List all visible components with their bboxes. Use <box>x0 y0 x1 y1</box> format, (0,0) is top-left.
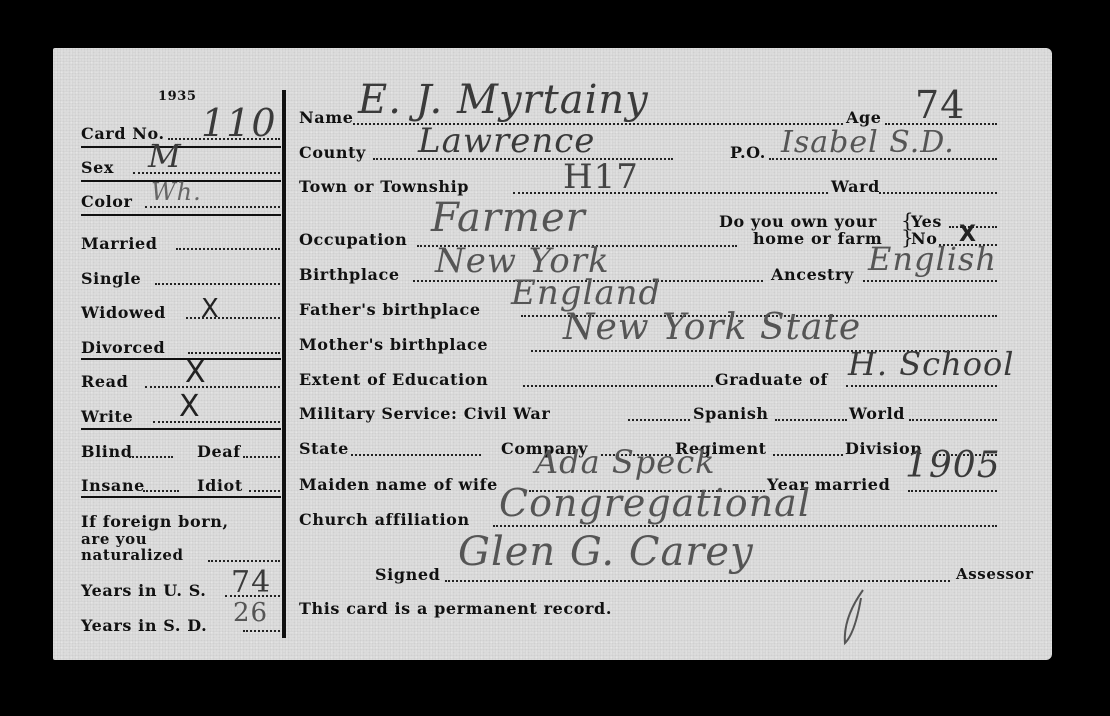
widowed-value: X <box>201 296 220 322</box>
age-label: Age <box>846 110 882 126</box>
year-married-value: 1905 <box>905 448 1001 484</box>
single-label: Single <box>81 271 141 287</box>
years-sd-line <box>243 630 280 632</box>
church-value: Congregational <box>499 484 811 522</box>
years-sd-label: Years in S. D. <box>81 618 207 634</box>
spanish-line <box>775 419 847 421</box>
name-value: E. J. Myrtainy <box>358 80 649 120</box>
divider <box>81 496 281 498</box>
mother-birthplace-label: Mother's birthplace <box>299 337 488 353</box>
widowed-label: Widowed <box>81 305 166 321</box>
education-label: Extent of Education <box>299 372 488 388</box>
naturalized-label-1: If foreign born, <box>81 514 229 530</box>
divider <box>81 358 281 360</box>
divorced-label: Divorced <box>81 340 165 356</box>
single-line <box>155 283 280 285</box>
town-line <box>513 192 828 194</box>
own-yes-label: Yes <box>911 214 942 230</box>
write-line <box>153 421 280 423</box>
blind-label: Blind <box>81 444 133 460</box>
married-label: Married <box>81 236 158 252</box>
world-line <box>909 419 997 421</box>
name-label: Name <box>299 110 354 126</box>
deaf-line <box>243 456 280 458</box>
po-label: P.O. <box>730 145 766 161</box>
ancestry-value: English <box>868 243 997 275</box>
graduate-of-label: Graduate of <box>715 372 828 388</box>
column-divider <box>282 90 286 638</box>
insane-label: Insane <box>81 478 145 494</box>
signature-flourish <box>833 588 873 648</box>
education-line <box>523 385 713 387</box>
father-birthplace-value: England <box>511 276 661 310</box>
color-value: Wh. <box>151 180 202 204</box>
spanish-label: Spanish <box>693 406 769 422</box>
town-label: Town or Township <box>299 179 469 195</box>
divider <box>81 428 281 430</box>
divorced-line <box>188 352 280 354</box>
years-sd-value: 26 <box>233 600 268 626</box>
age-value: 74 <box>915 86 965 124</box>
card-year: 1935 <box>158 90 197 103</box>
idiot-line <box>249 490 280 492</box>
naturalized-line <box>208 560 280 562</box>
county-value: Lawrence <box>418 124 595 158</box>
county-label: County <box>299 145 366 161</box>
regiment-line <box>773 454 843 456</box>
census-card: 1935 Card No. 110 Sex M Color Wh. Marrie… <box>53 48 1052 660</box>
military-label: Military Service: Civil War <box>299 406 550 422</box>
sex-label: Sex <box>81 160 114 176</box>
blind-line <box>129 456 173 458</box>
ancestry-line <box>863 280 997 282</box>
married-line <box>176 248 280 250</box>
state-label: State <box>299 441 349 457</box>
divider <box>81 214 281 216</box>
po-value: Isabel S.D. <box>781 128 955 158</box>
town-value: H17 <box>563 160 639 194</box>
state-line <box>351 454 481 456</box>
permanent-record-note: This card is a permanent record. <box>299 601 612 617</box>
read-value: X <box>185 358 207 388</box>
read-line <box>145 386 280 388</box>
naturalized-label-2: are you <box>81 532 147 547</box>
church-line <box>493 525 997 527</box>
card-no-value: 110 <box>201 104 277 142</box>
own-home-label-2: home or farm <box>753 231 882 247</box>
write-value: X <box>179 392 201 422</box>
ward-line <box>879 192 997 194</box>
graduate-of-line <box>846 385 997 387</box>
color-line <box>145 206 280 208</box>
mother-birthplace-value: New York State <box>563 310 861 346</box>
civil-war-line <box>628 419 690 421</box>
read-label: Read <box>81 374 128 390</box>
write-label: Write <box>81 409 133 425</box>
years-us-value: 74 <box>231 568 271 598</box>
maiden-name-value: Ada Speck <box>535 446 716 478</box>
world-label: World <box>849 406 905 422</box>
naturalized-label-3: naturalized <box>81 548 184 563</box>
year-married-line <box>908 490 997 492</box>
graduate-of-value: H. School <box>848 348 1014 380</box>
ancestry-label: Ancestry <box>771 267 854 283</box>
church-label: Church affiliation <box>299 512 470 528</box>
signed-label: Signed <box>375 567 440 583</box>
birthplace-label: Birthplace <box>299 267 400 283</box>
color-label: Color <box>81 194 133 210</box>
years-us-label: Years in U. S. <box>81 583 206 599</box>
occupation-label: Occupation <box>299 232 407 248</box>
signature-value: Glen G. Carey <box>458 532 754 572</box>
signed-line <box>445 580 950 582</box>
ward-label: Ward <box>831 179 880 195</box>
insane-line <box>143 490 179 492</box>
deaf-label: Deaf <box>197 444 241 460</box>
own-home-label-1: Do you own your <box>719 214 877 230</box>
maiden-name-label: Maiden name of wife <box>299 477 498 493</box>
occupation-value: Farmer <box>431 198 586 238</box>
idiot-label: Idiot <box>197 478 243 494</box>
assessor-label: Assessor <box>956 567 1034 582</box>
father-birthplace-label: Father's birthplace <box>299 302 481 318</box>
sex-value: M <box>148 140 182 172</box>
